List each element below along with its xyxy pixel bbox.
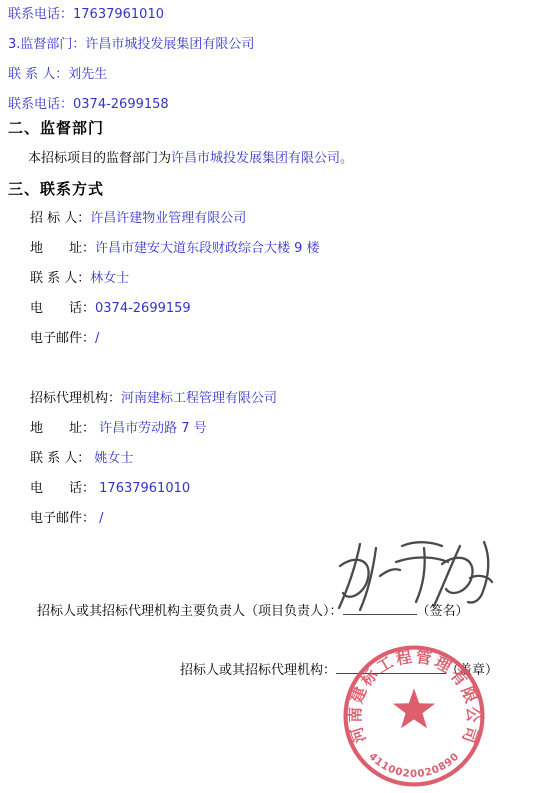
row-label: 招 标 人： — [30, 211, 90, 226]
row-value: 许昌市劳动路 7 号 — [95, 421, 207, 436]
seal-line-prefix: 招标人或其招标代理机构： — [180, 663, 336, 678]
company-stamp: 河南建标工程管理有限公司 4110020020890 — [338, 642, 490, 790]
contact-person-line: 联 系 人：刘先生 — [8, 67, 107, 83]
document-page: 联系电话：17637961010 3.监督部门：许昌市城投发展集团有限公司 联 … — [0, 0, 543, 793]
agency-phone-row: 电 话： 17637961010 — [30, 481, 190, 497]
supervision-dept-line: 3.监督部门：许昌市城投发展集团有限公司 — [8, 37, 254, 53]
row-value: 河南建标工程管理有限公司 — [121, 391, 277, 406]
handwritten-signature: 姚宇娟 — [336, 536, 504, 616]
row-label: 地 址： — [30, 421, 95, 436]
row-label: 电 话： — [30, 301, 95, 316]
contact-phone-line: 联系电话：17637961010 — [8, 7, 164, 23]
supervision-company: 许昌市城投发展集团有限公司。 — [171, 151, 353, 166]
row-value: 17637961010 — [95, 481, 190, 496]
row-label: 电 话： — [30, 481, 95, 496]
section-heading-supervision: 二、监督部门 — [8, 120, 104, 136]
row-label: 电子邮件： — [30, 511, 95, 526]
bidder-contact-row: 联 系 人：林女士 — [30, 271, 129, 287]
row-value: 0374-2699159 — [95, 301, 191, 316]
agency-email-row: 电子邮件： / — [30, 511, 104, 527]
bidder-address-row: 地 址：许昌市建安大道东段财政综合大楼 9 楼 — [30, 241, 320, 257]
supervision-body-line: 本招标项目的监督部门为许昌市城投发展集团有限公司。 — [28, 151, 353, 167]
supervision-body-prefix: 本招标项目的监督部门为 — [28, 151, 171, 166]
row-value: / — [95, 331, 99, 346]
row-label: 联 系 人： — [30, 271, 90, 286]
agency-address-row: 地 址： 许昌市劳动路 7 号 — [30, 421, 207, 437]
signature-line-prefix: 招标人或其招标代理机构主要负责人（项目负责人）： — [37, 604, 343, 619]
agency-name-row: 招标代理机构：河南建标工程管理有限公司 — [30, 391, 277, 407]
row-value: 林女士 — [90, 271, 129, 286]
row-label: 招标代理机构： — [30, 391, 121, 406]
row-label: 电子邮件： — [30, 331, 95, 346]
row-label: 地 址： — [30, 241, 95, 256]
row-value: 许昌许建物业管理有限公司 — [90, 211, 246, 226]
row-value: 许昌市建安大道东段财政综合大楼 9 楼 — [95, 241, 320, 256]
row-label: 联 系 人： — [30, 451, 90, 466]
bidder-email-row: 电子邮件：/ — [30, 331, 99, 347]
contact-phone-line-2: 联系电话：0374-2699158 — [8, 97, 169, 113]
agency-contact-row: 联 系 人： 姚女士 — [30, 451, 133, 467]
bidder-phone-row: 电 话：0374-2699159 — [30, 301, 191, 317]
row-value: / — [95, 511, 104, 526]
section-heading-contact: 三、联系方式 — [8, 181, 104, 197]
bidder-name-row: 招 标 人：许昌许建物业管理有限公司 — [30, 211, 246, 227]
row-value: 姚女士 — [90, 451, 133, 466]
stamp-star-icon — [393, 688, 435, 728]
